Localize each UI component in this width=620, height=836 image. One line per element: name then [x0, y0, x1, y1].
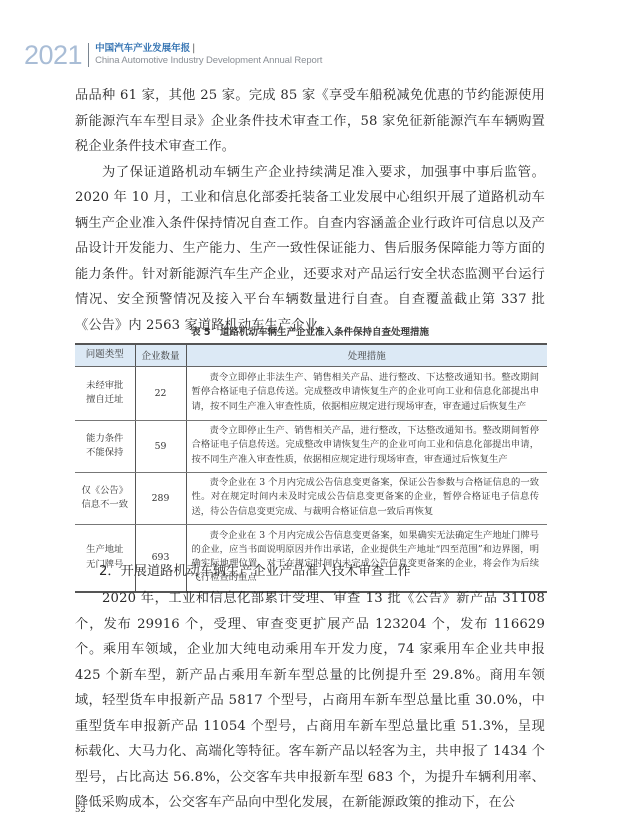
- paragraph-continuation: 品品种 61 家，其他 25 家。完成 85 家《享受车船税减免优惠的节约能源使…: [75, 83, 545, 160]
- cell-issue-type: 仅《公告》信息不一致: [75, 472, 135, 524]
- report-year: 2021: [24, 42, 82, 69]
- table-row: 仅《公告》信息不一致 289 责令企业在 3 个月内完成公告信息变更备案，保证公…: [75, 472, 547, 524]
- page-number: 52: [75, 805, 86, 815]
- cell-measures: 责令立即停止非法生产、销售相关产品、进行整改、下达整改通知书。整改期间暂停合格证…: [186, 366, 547, 420]
- issue-type-line: 不能保持: [86, 447, 123, 458]
- cell-count: 289: [135, 472, 186, 524]
- section-body: 2020 年，工业和信息化部累计受理、审查 13 批《公告》新产品 31108 …: [75, 586, 545, 816]
- issue-type-line: 擅自迁址: [86, 394, 123, 405]
- issue-type-line: 能力条件: [86, 433, 123, 444]
- issue-type-line: 生产地址: [86, 544, 123, 555]
- column-header-type: 问题类型: [75, 344, 135, 366]
- cell-count: 693: [135, 524, 186, 592]
- report-title-en: China Automotive Industry Development An…: [95, 55, 322, 67]
- report-title-cn-text: 中国汽车产业发展年报: [95, 43, 190, 54]
- column-header-measures: 处理措施: [186, 344, 547, 366]
- cell-measures: 责令企业在 3 个月内完成公告信息变更备案，如果确实无法确定生产地址门牌号的企业…: [186, 524, 547, 592]
- measures-text: 责令立即停止生产、销售相关产品，进行整改，下达整改通知书。整改期间暂停合格证电子…: [192, 424, 540, 467]
- section-heading: 2．开展道路机动车辆生产企业产品准入技术审查工作: [99, 560, 411, 579]
- issue-type-line: 未经审批: [86, 380, 123, 391]
- cell-issue-type: 能力条件不能保持: [75, 420, 135, 472]
- table-caption: 表 5 道路机动车辆生产企业准入条件保持自查处理措施: [0, 324, 620, 338]
- measures-table: 问题类型 企业数量 处理措施 未经审批擅自迁址 22 责令立即停止非法生产、销售…: [75, 343, 547, 593]
- cell-issue-type: 未经审批擅自迁址: [75, 366, 135, 420]
- header-titles: 中国汽车产业发展年报| China Automotive Industry De…: [95, 43, 322, 67]
- measures-text: 责令企业在 3 个月内完成公告信息变更备案，保证公告参数与合格证信息的一致性。对…: [192, 476, 540, 519]
- intro-text: 品品种 61 家，其他 25 家。完成 85 家《享受车船税减免优惠的节约能源使…: [75, 83, 545, 338]
- cell-count: 59: [135, 420, 186, 472]
- cell-count: 22: [135, 366, 186, 420]
- table-header-row: 问题类型 企业数量 处理措施: [75, 344, 547, 366]
- cell-issue-type: 生产地址无门牌号: [75, 524, 135, 592]
- paragraph-product-review: 2020 年，工业和信息化部累计受理、审查 13 批《公告》新产品 31108 …: [75, 586, 545, 816]
- report-title-cn: 中国汽车产业发展年报|: [95, 43, 322, 55]
- title-bar-glyph: |: [192, 43, 195, 54]
- column-header-count: 企业数量: [135, 344, 186, 366]
- header-divider: [88, 43, 89, 67]
- table-row: 未经审批擅自迁址 22 责令立即停止非法生产、销售相关产品、进行整改、下达整改通…: [75, 366, 547, 420]
- paragraph-self-check: 为了保证道路机动车辆生产企业持续满足准入要求，加强事中事后监管。2020 年 1…: [75, 160, 545, 339]
- issue-type-line: 信息不一致: [82, 499, 129, 510]
- measures-text: 责令立即停止非法生产、销售相关产品、进行整改、下达整改通知书。整改期间暂停合格证…: [192, 371, 540, 414]
- issue-type-line: 仅《公告》: [82, 485, 129, 496]
- table-row: 生产地址无门牌号 693 责令企业在 3 个月内完成公告信息变更备案，如果确实无…: [75, 524, 547, 592]
- cell-measures: 责令企业在 3 个月内完成公告信息变更备案，保证公告参数与合格证信息的一致性。对…: [186, 472, 547, 524]
- cell-measures: 责令立即停止生产、销售相关产品，进行整改，下达整改通知书。整改期间暂停合格证电子…: [186, 420, 547, 472]
- running-header: 2021 中国汽车产业发展年报| China Automotive Indust…: [24, 38, 322, 72]
- table-row: 能力条件不能保持 59 责令立即停止生产、销售相关产品，进行整改，下达整改通知书…: [75, 420, 547, 472]
